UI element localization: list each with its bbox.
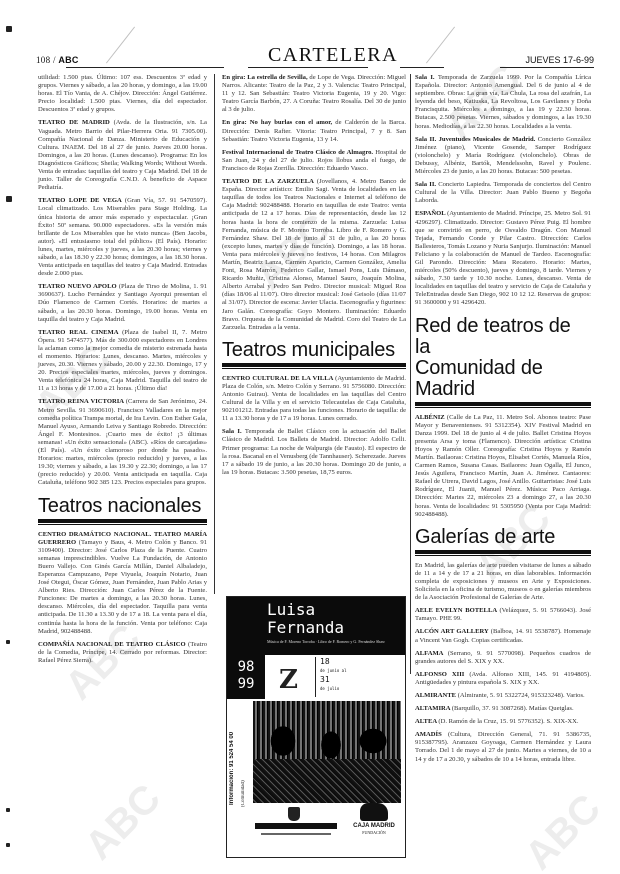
section-title: CARTELERA [268,44,398,67]
section-heading-galerias: Galerías de arte [415,527,591,548]
margin-mark [6,640,10,644]
venue-name: TEATRO NUEVO APOLO [38,283,119,290]
season-year: 98 [227,659,265,676]
venue-name: ALBÉNIZ [415,414,447,421]
heading-line: Red de teatros de la [415,316,591,358]
production-name: En gira: La estrella de Sevilla, [222,74,309,81]
poster-photo [253,701,401,759]
heading-rule [38,524,207,525]
listing-entry: Sala II. Concierto Lapiedra. Temporada d… [415,181,591,205]
header-rule [66,67,224,68]
listing-text: (Ayuntamiento de Madrid. Plaza de Colón,… [222,375,406,422]
venue-name: Sala I. [222,428,245,435]
margin-mark [6,843,10,847]
venue-name: COMPAÑÍA NACIONAL DE TEATRO CLÁSICO [38,641,188,648]
page-number: 108 / [36,55,56,65]
production-name: Festival Internacional de Teatro Clásico… [222,149,375,156]
gallery-text: (D. Ramón de la Cruz, 15. 91 5776352). S… [438,718,578,725]
gallery-entry: ALMIRANTE (Almirante, 5. 91 5322724, 915… [415,692,591,700]
heading-line: Comunidad de Madrid [415,358,591,400]
listing-text: (Ayuntamiento de Madrid. Príncipe, 25. M… [415,210,591,306]
listing-entry: TEATRO DE MADRID (Avda. de la Ilustració… [38,119,207,192]
listing-entry: Sala II. Juventudes Musicales de Madrid.… [415,136,591,176]
gallery-name: ALFONSO XIII [415,671,469,678]
listing-entry: CENTRO CULTURAL DE LA VILLA (Ayuntamient… [222,375,406,424]
abc-watermark: ABC [517,786,610,874]
section-heading-teatros-nacionales: Teatros nacionales [38,496,207,517]
sponsor-bar [255,823,337,829]
date-from: 18 [320,657,347,666]
poster-phone-sub: (Comunidad) [241,707,251,807]
listing-text: (Jovellanos, 4. Metro Banco de España. D… [222,178,406,331]
gallery-name: AELE EVELYN BOTELLA [415,607,499,614]
gallery-name: AMADÍS [415,731,448,738]
page-header: 108 / ABC CARTELERA JUEVES 17-6-99 [36,47,594,67]
gallery-entry: ALTEA (D. Ramón de la Cruz, 15. 91 57763… [415,718,591,726]
issue-date: JUEVES 17-6-99 [525,55,594,65]
listing-text: Temporada de Ballet Clásico con la actua… [222,428,406,475]
listing-text: (Carrera de San Jerónimo, 24. Metro Sevi… [38,398,207,486]
listing-entry: TEATRO DE LA ZARZUELA (Jovellanos, 4. Me… [222,178,406,332]
listing-entry: utilidad: 1.500 ptas. Último: 107 ess. D… [38,74,207,114]
section-heading-teatros-municipales: Teatros municipales [222,340,406,361]
publication-name: ABC [58,55,78,65]
listing-text: Temporada de Zarzuela 1999. Por la Compa… [415,74,591,130]
poster-dates: 18 de junio al 31 de julio [320,657,347,693]
season-year: 99 [227,676,265,693]
section-heading-red-teatros: Red de teatros de la Comunidad de Madrid [415,316,591,400]
venue-name: Sala II. Juventudes Musicales de Madrid. [415,136,538,143]
listing-entry: TEATRO REAL CINEMA (Plaza de Isabel II, … [38,329,207,394]
luisa-fernanda-poster-ad: Luisa Fernanda Música de F. Moreno Torro… [226,596,406,858]
venue-name: TEATRO DE MADRID [38,119,114,126]
gallery-entry: ALTAMIRA (Barquillo, 37. 91 3087268). Ma… [415,705,591,713]
venue-name: TEATRO REINA VICTORIA [38,398,126,405]
listing-text: (Avda. de la Ilustración, s/n. La Vaguad… [38,119,207,191]
poster-divider [315,657,316,697]
listing-entry: TEATRO REINA VICTORIA (Carrera de San Je… [38,398,207,487]
margin-mark [6,26,12,32]
listing-text: Concierto Lapiedra. Temporada de concier… [415,181,591,204]
gallery-entry: ALFONSO XIII (Avda. Alfonso XIII, 145. 9… [415,671,591,687]
listing-entry: En gira: La estrella de Sevilla, de Lope… [222,74,406,114]
heading-rule [222,368,406,369]
venue-name: ESPAÑOL [415,210,447,217]
gallery-text: (Barquillo, 37. 91 3087268). Matías Quet… [452,705,574,712]
venue-name: TEATRO DE LA ZARZUELA [222,178,317,185]
production-name: En gira: No hay burlas con el amor, [222,119,335,126]
listing-entry: ALBÉNIZ (Calle de La Paz, 11. Metro Sol.… [415,414,591,519]
sponsor-subline [261,833,331,835]
poster-title-block: Luisa Fernanda Música de F. Moreno Torro… [227,597,405,655]
margin-mark [6,196,12,202]
gallery-entry: ALFAMA (Serrano, 9. 91 5770098). Pequeño… [415,650,591,666]
gallery-text: (Almirante, 5. 91 5322724, 915323248). V… [458,692,585,699]
venue-name: Sala II. [415,181,438,188]
listing-entry: TEATRO NUEVO APOLO (Plaza de Tirso de Mo… [38,283,207,323]
column-divider [410,74,411,674]
heading-rule [415,550,591,554]
date-to: 31 [320,675,347,684]
header-rule [500,67,594,68]
poster-title: Luisa Fernanda [267,601,344,637]
venue-name: CENTRO CULTURAL DE LA VILLA [222,375,335,382]
heading-rule [222,363,406,367]
abc-watermark: ABC [77,776,170,869]
gallery-entry: AELE EVELYN BOTELLA (Velázquez, 5. 91 57… [415,607,591,623]
listings-column-1: utilidad: 1.500 ptas. Último: 107 ess. D… [38,74,207,670]
caja-madrid-sponsor-logo: CAJA MADRID FUNDACIÓN [349,803,399,847]
poster-season: 98 99 [227,655,265,699]
venue-name: Sala I. [415,74,438,81]
margin-mark [6,808,10,812]
sponsor-name: CAJA MADRID [349,823,399,830]
venue-name: TEATRO REAL CINEMA [38,329,122,336]
coat-of-arms-icon [288,807,300,821]
intro-text: En Madrid, las galerías de arte pueden v… [415,562,591,601]
page-folio: 108 / ABC [36,55,79,65]
ministry-sponsor-logo [255,807,337,847]
poster-credits: Música de F. Moreno Torroba · Libro de F… [267,639,385,644]
column-divider [214,74,215,594]
gallery-name: ALTEA [415,718,438,725]
listing-text: utilidad: 1.500 ptas. Último: 107 ess. D… [38,74,207,113]
listing-text: (Gran Vía, 57. 91 5470597). Local climat… [38,197,207,277]
date-label: de julio [320,684,347,693]
heading-rule [415,402,591,406]
gallery-name: ALTAMIRA [415,705,452,712]
poster-title-line: Luisa [267,601,344,619]
listing-text: (Tamayo y Baus, 4. Metro Colón y Banco. … [38,539,207,635]
date-label: de junio al [320,666,347,675]
gallery-name: ALFAMA [415,650,448,657]
header-rule [400,67,444,68]
heading-rule [415,407,591,408]
gallery-name: ALMIRANTE [415,692,458,699]
listing-text: (Calle de La Paz, 11. Metro Sol. Abonos … [415,414,591,518]
heading-rule [415,555,591,556]
listing-entry: Sala I. Temporada de Zarzuela 1999. Por … [415,74,591,131]
listings-column-2: En gira: La estrella de Sevilla, de Lope… [222,74,406,482]
poster-title-line: Fernanda [267,619,344,637]
listing-entry: COMPAÑÍA NACIONAL DE TEATRO CLÁSICO (Tea… [38,641,207,665]
poster-photo [253,759,401,803]
sponsor-sub: FUNDACIÓN [349,830,399,835]
newspaper-page: ABC ABC ABC ABC ABC ABC ABC 108 / ABC CA… [0,0,620,874]
listing-entry: TEATRO LOPE DE VEGA (Gran Vía, 57. 91 54… [38,197,207,278]
listings-column-3: Sala I. Temporada de Zarzuela 1999. Por … [415,74,591,769]
gallery-name: ALCÓN ART GALLERY [415,628,491,635]
gallery-entry: AMADÍS (Cultura, Dirección General, 71. … [415,731,591,763]
listing-entry: Sala I. Temporada de Ballet Clásico con … [222,428,406,477]
header-rule [248,67,368,68]
listing-entry: En gira: No hay burlas con el amor, de C… [222,119,406,143]
listing-entry: Festival Internacional de Teatro Clásico… [222,149,406,173]
gallery-intro: En Madrid, las galerías de arte pueden v… [415,562,591,602]
listing-entry: ESPAÑOL (Ayuntamiento de Madrid. Príncip… [415,210,591,307]
bear-icon [360,803,388,821]
zarzuela-logo-icon: Z [279,663,313,697]
poster-phone: Información: 91 524 54 00 [229,705,241,805]
heading-rule [38,519,207,523]
listing-entry: CENTRO DRAMÁTICO NACIONAL. TEATRO MARÍA … [38,531,207,636]
listing-text: (Plaza de Isabel II, 7. Metro Ópera. 91 … [38,329,207,393]
venue-name: TEATRO LOPE DE VEGA [38,197,125,204]
gallery-entry: ALCÓN ART GALLERY (Balboa, 14. 91 553878… [415,628,591,644]
